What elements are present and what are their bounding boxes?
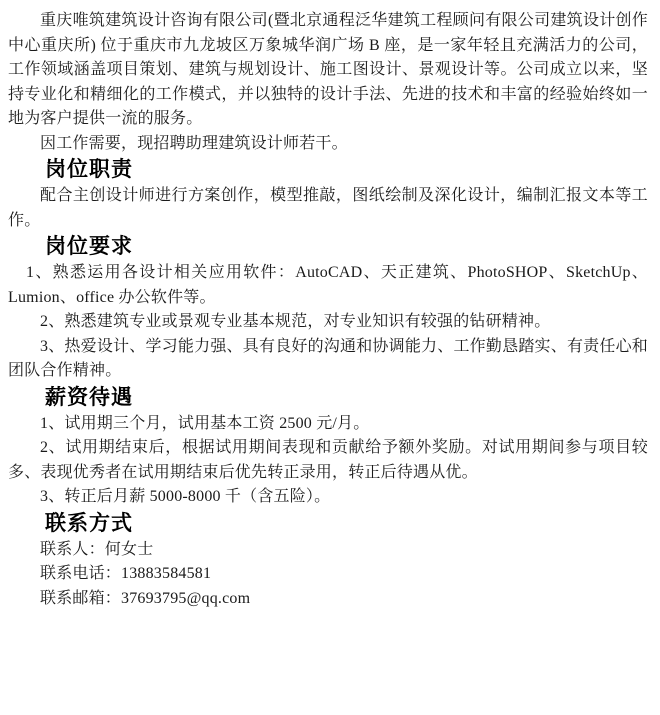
requirement-item-2: 2、熟悉建筑专业或景观专业基本规范，对专业知识有较强的钻研精神。 [8, 310, 648, 335]
contact-phone-line: 联系电话：13883584581 [8, 562, 648, 587]
intro-paragraph: 重庆唯筑建筑设计咨询有限公司(暨北京通程泛华建筑工程顾问有限公司建筑设计创作中心… [8, 9, 648, 132]
requirement-item-1: 1、熟悉运用各设计相关应用软件：AutoCAD、天正建筑、PhotoSHOP、S… [8, 261, 648, 310]
section-heading-salary: 薪资待遇 [8, 384, 648, 412]
requirement-item-3: 3、热爱设计、学习能力强、具有良好的沟通和协调能力、工作勤恳踏实、有责任心和团队… [8, 335, 648, 384]
section-heading-contact: 联系方式 [8, 510, 648, 538]
salary-item-2: 2、试用期结束后，根据试用期间表现和贡献给予额外奖励。对试用期间参与项目较多、表… [8, 436, 648, 485]
duties-paragraph: 配合主创设计师进行方案创作，模型推敲，图纸绘制及深化设计，编制汇报文本等工作。 [8, 184, 648, 233]
contact-email-line: 联系邮箱：37693795@qq.com [8, 587, 648, 612]
section-heading-requirements: 岗位要求 [8, 233, 648, 261]
document-page: 重庆唯筑建筑设计咨询有限公司(暨北京通程泛华建筑工程顾问有限公司建筑设计创作中心… [0, 0, 660, 715]
contact-person-line: 联系人：何女士 [8, 538, 648, 563]
salary-item-3: 3、转正后月薪 5000-8000 千（含五险）。 [8, 485, 648, 510]
hiring-notice-paragraph: 因工作需要，现招聘助理建筑设计师若干。 [8, 132, 648, 157]
section-heading-duties: 岗位职责 [8, 156, 648, 184]
salary-item-1: 1、试用期三个月，试用基本工资 2500 元/月。 [8, 412, 648, 437]
